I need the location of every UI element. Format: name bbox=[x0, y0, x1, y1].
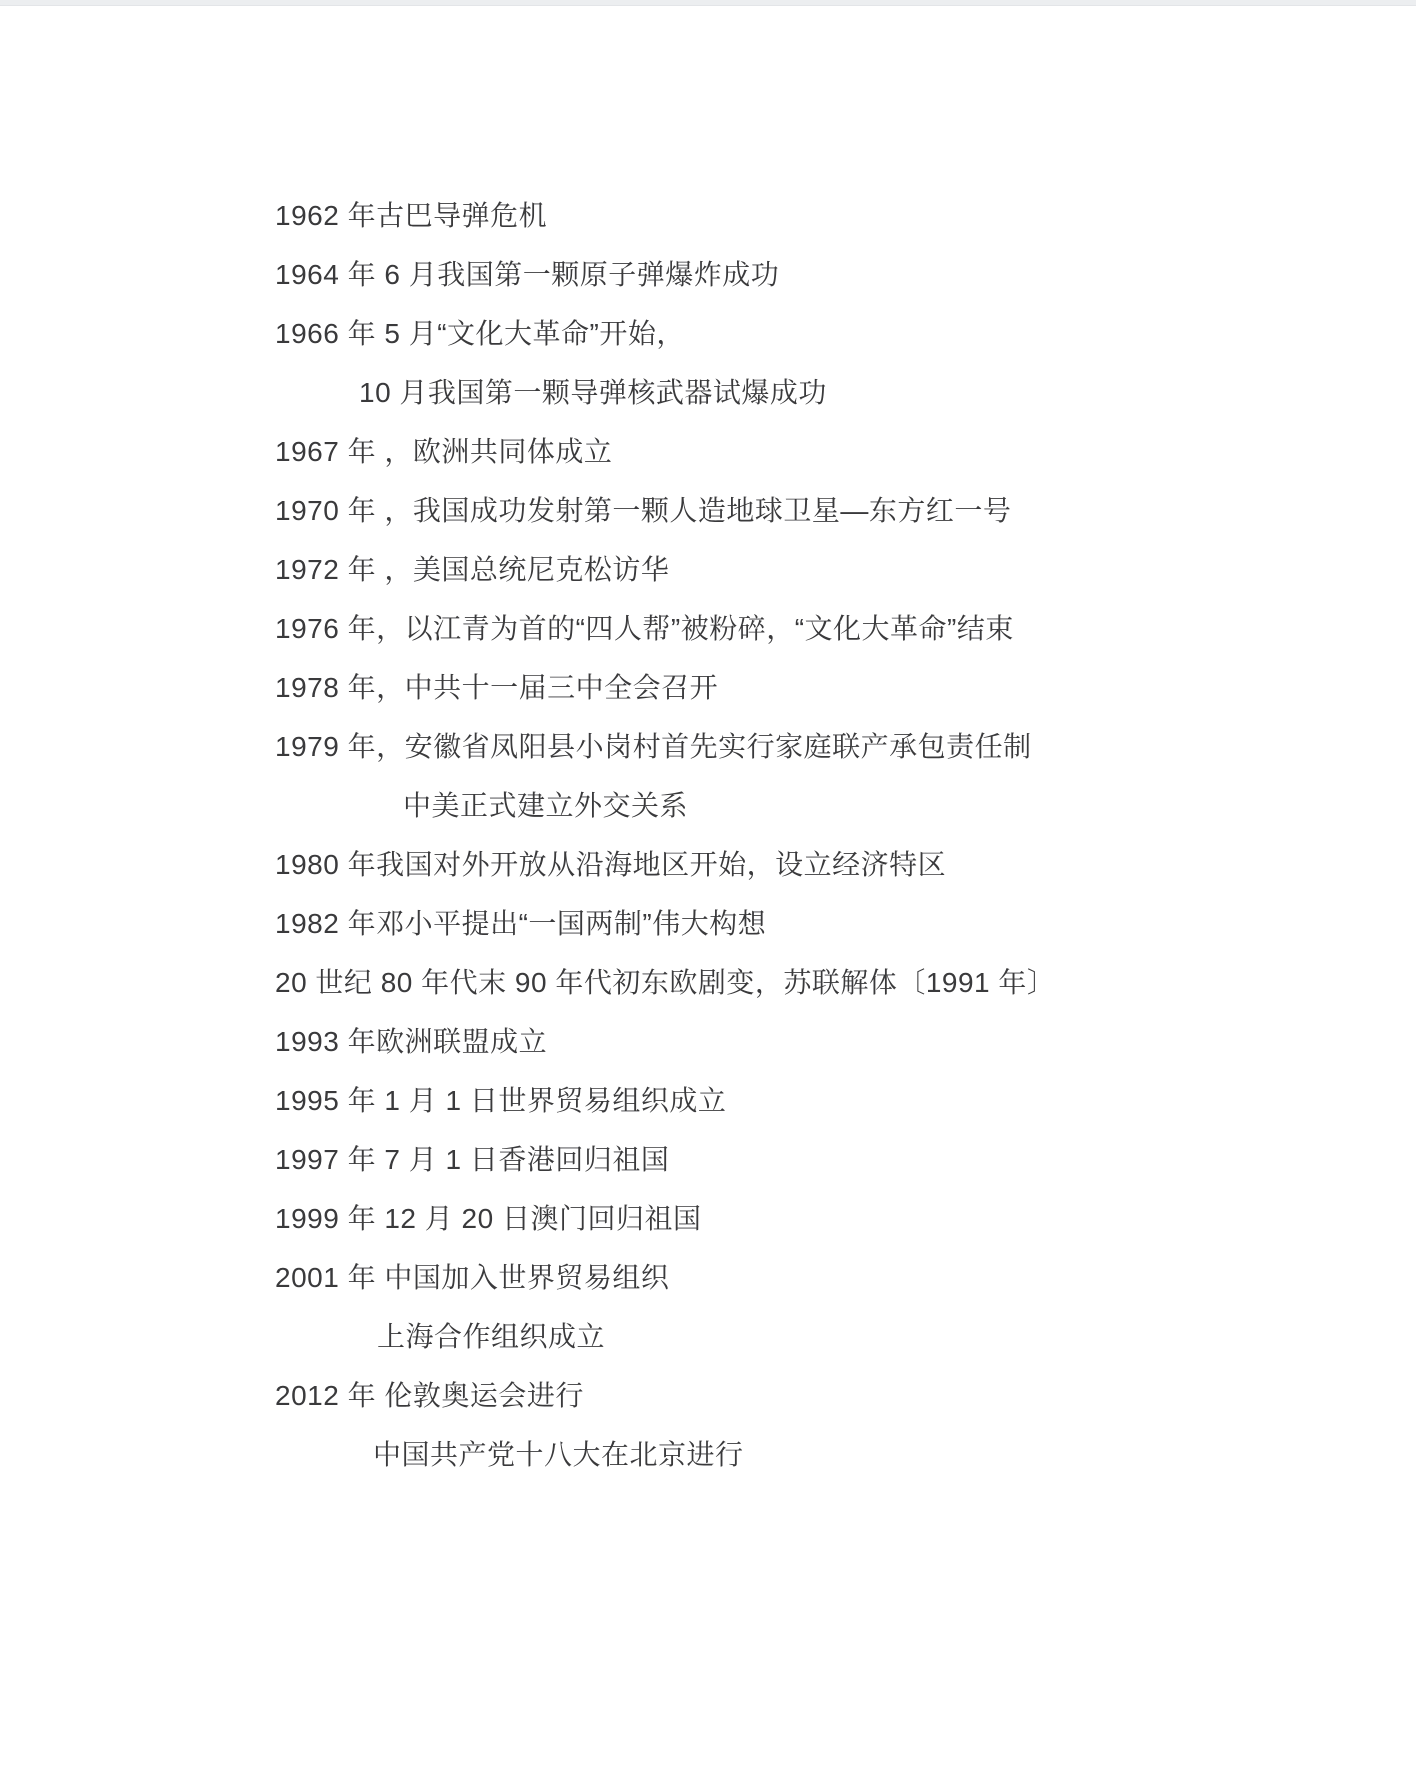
timeline-line: 1980 年我国对外开放从沿海地区开始，设立经济特区 bbox=[275, 835, 1376, 894]
timeline-line: 1999 年 12 月 20 日澳门回归祖国 bbox=[275, 1189, 1376, 1248]
timeline-line: 1964 年 6 月我国第一颗原子弹爆炸成功 bbox=[275, 245, 1376, 304]
timeline-line: 1976 年，以江青为首的“四人帮”被粉碎，“文化大革命”结束 bbox=[275, 599, 1376, 658]
document-page: 1962 年古巴导弹危机 1964 年 6 月我国第一颗原子弹爆炸成功 1966… bbox=[275, 186, 1376, 1484]
timeline-line: 20 世纪 80 年代末 90 年代初东欧剧变，苏联解体〔1991 年〕 bbox=[275, 953, 1376, 1012]
timeline-line: 1978 年，中共十一届三中全会召开 bbox=[275, 658, 1376, 717]
timeline-line: 1997 年 7 月 1 日香港回归祖国 bbox=[275, 1130, 1376, 1189]
timeline-line: 10 月我国第一颗导弹核武器试爆成功 bbox=[275, 363, 1376, 422]
timeline-line: 上海合作组织成立 bbox=[275, 1307, 1376, 1366]
timeline-line: 1979 年，安徽省凤阳县小岗村首先实行家庭联产承包责任制 bbox=[275, 717, 1376, 776]
timeline-line: 1967 年 ，欧洲共同体成立 bbox=[275, 422, 1376, 481]
timeline-line: 2001 年 中国加入世界贸易组织 bbox=[275, 1248, 1376, 1307]
timeline-line: 1962 年古巴导弹危机 bbox=[275, 186, 1376, 245]
timeline-line: 中美正式建立外交关系 bbox=[275, 776, 1376, 835]
timeline-line: 1982 年邓小平提出“一国两制”伟大构想 bbox=[275, 894, 1376, 953]
page-top-edge bbox=[0, 0, 1416, 6]
timeline-line: 1966 年 5 月“文化大革命”开始， bbox=[275, 304, 1376, 363]
timeline-line: 中国共产党十八大在北京进行 bbox=[275, 1425, 1376, 1484]
timeline-line: 1972 年 ，美国总统尼克松访华 bbox=[275, 540, 1376, 599]
timeline-line: 2012 年 伦敦奥运会进行 bbox=[275, 1366, 1376, 1425]
timeline-line: 1995 年 1 月 1 日世界贸易组织成立 bbox=[275, 1071, 1376, 1130]
timeline-line: 1993 年欧洲联盟成立 bbox=[275, 1012, 1376, 1071]
timeline-line: 1970 年 ，我国成功发射第一颗人造地球卫星—东方红一号 bbox=[275, 481, 1376, 540]
